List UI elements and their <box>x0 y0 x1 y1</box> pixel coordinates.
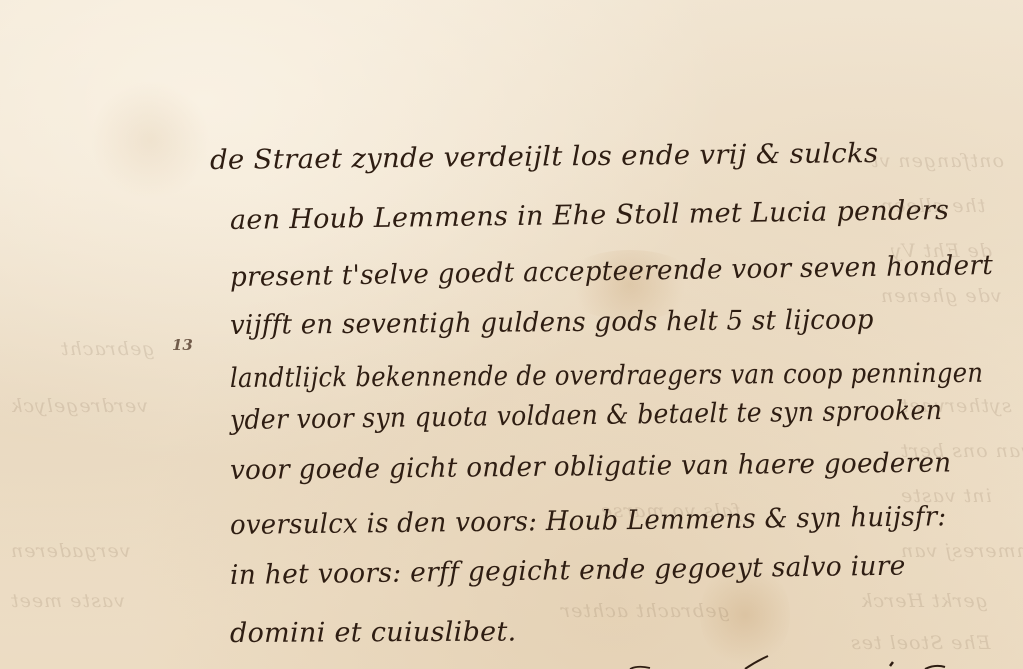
manuscript-line-9: in het voors: erff gegicht ende gegoeyt … <box>230 551 906 591</box>
manuscript-line-8: oversulcx is den voors: Houb Lemmens & s… <box>230 501 947 541</box>
manuscript-line-3: present t'selve goedt accepteerende voor… <box>230 250 993 293</box>
cropped-ink-strokes <box>0 620 1023 669</box>
manuscript-line-6: yder voor syn quota voldaen & betaelt te… <box>230 395 943 436</box>
manuscript-line-7: voor goede gicht onder obligatie van hae… <box>230 447 952 486</box>
manuscript-line-5: landtlijck bekennende de overdraegers va… <box>230 358 984 394</box>
manuscript-line-4: vijfft en seventigh guldens gods helt 5 … <box>230 304 874 341</box>
manuscript-page: ontfangen vt the alleen de Eht Vy vde gh… <box>0 0 1023 669</box>
handwritten-text-block: de Straet zynde verdeijlt los ende vrij … <box>0 0 1023 669</box>
manuscript-line-1: de Straet zynde verdeijlt los ende vrij … <box>210 138 879 176</box>
manuscript-line-2: aen Houb Lemmens in Ehe Stoll met Lucia … <box>230 195 950 236</box>
